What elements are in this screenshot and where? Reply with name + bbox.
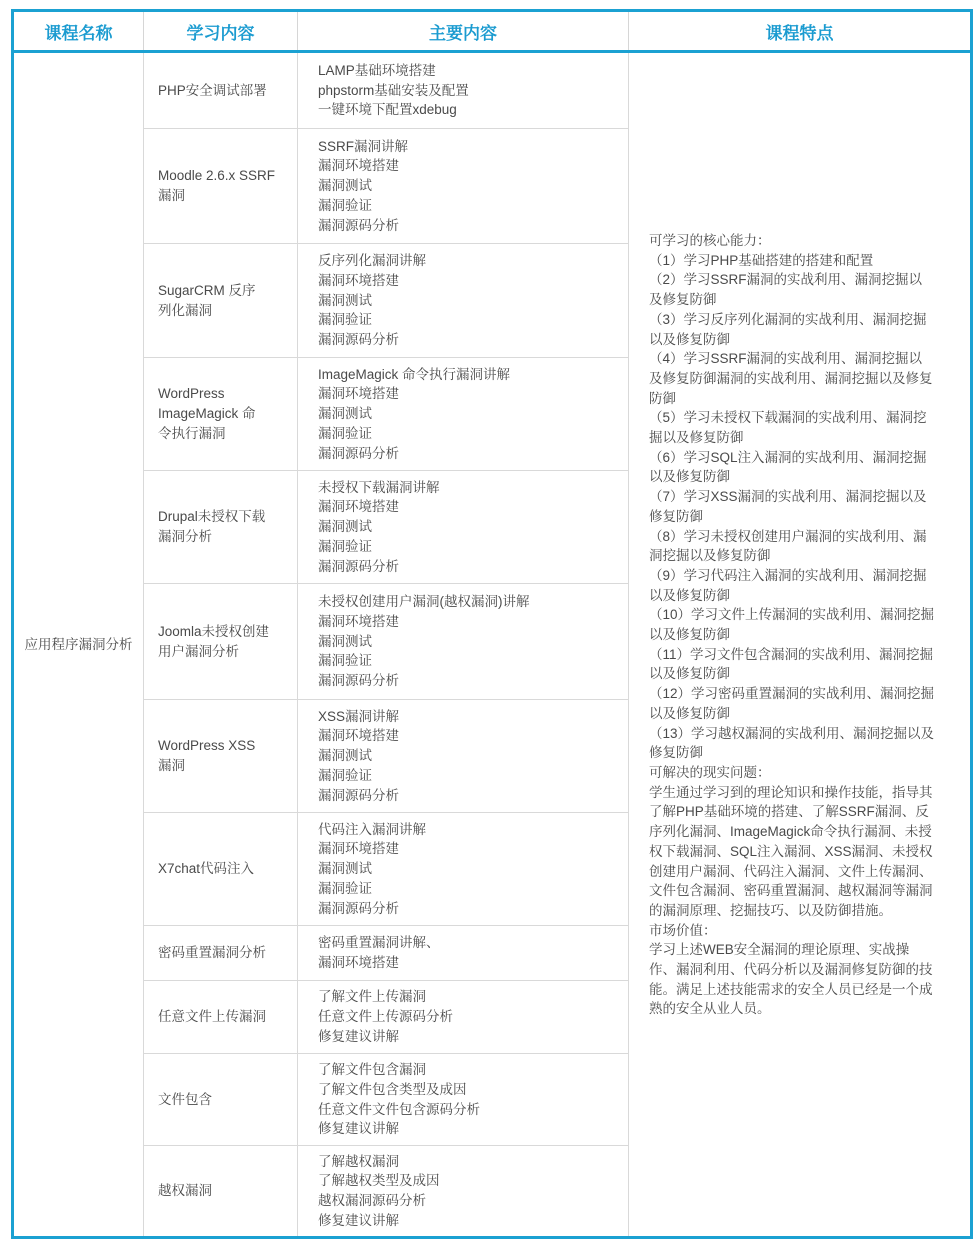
learning-topic-line: 令执行漏洞 [158,424,291,444]
learning-topic-line: Drupal未授权下载 [158,507,291,527]
feature-paragraph: 学生通过学习到的理论知识和操作技能，指导其了解PHP基础环境的搭建、了解SSRF… [649,783,934,921]
learning-topic-line: 漏洞 [158,186,291,206]
learning-topic-line: Joomla未授权创建 [158,622,291,642]
main-content-item: 了解文件上传漏洞 [318,987,622,1007]
learning-topic-cell: WordPressImageMagick 命令执行漏洞 [144,358,298,471]
main-content-item: 未授权下载漏洞讲解 [318,478,622,498]
main-content-cell: 代码注入漏洞讲解漏洞环境搭建漏洞测试漏洞验证漏洞源码分析 [298,813,629,926]
learning-topic-line: Moodle 2.6.x SSRF [158,166,291,186]
main-content-cell: 密码重置漏洞讲解、漏洞环境搭建 [298,926,629,981]
feature-paragraph: （8）学习未授权创建用户漏洞的实战利用、漏洞挖掘以及修复防御 [649,527,934,566]
main-content-item: 漏洞源码分析 [318,899,622,919]
table-row: 应用程序漏洞分析PHP安全调试部署LAMP基础环境搭建phpstorm基础安装及… [13,52,972,129]
learning-topic-line: 任意文件上传漏洞 [158,1007,291,1027]
learning-topic-line: 用户漏洞分析 [158,642,291,662]
course-name-cell: 应用程序漏洞分析 [13,52,144,1238]
main-content-cell: 了解文件上传漏洞任意文件上传源码分析修复建议讲解 [298,981,629,1054]
main-content-item: 漏洞测试 [318,176,622,196]
main-content-item: phpstorm基础安装及配置 [318,81,622,101]
main-content-item: 反序列化漏洞讲解 [318,251,622,271]
main-content-cell: 未授权下载漏洞讲解漏洞环境搭建漏洞测试漏洞验证漏洞源码分析 [298,471,629,584]
main-content-item: 漏洞验证 [318,766,622,786]
learning-topic-cell: Drupal未授权下载漏洞分析 [144,471,298,584]
main-content-item: 漏洞源码分析 [318,671,622,691]
main-content-item: SSRF漏洞讲解 [318,137,622,157]
main-content-item: 未授权创建用户漏洞(越权漏洞)讲解 [318,592,622,612]
learning-topic-cell: PHP安全调试部署 [144,52,298,129]
main-content-item: 了解文件包含漏洞 [318,1060,622,1080]
header-row: 课程名称 学习内容 主要内容 课程特点 [13,11,972,52]
main-content-item: ImageMagick 命令执行漏洞讲解 [318,365,622,385]
learning-topic-cell: Joomla未授权创建用户漏洞分析 [144,584,298,700]
course-table-container: 课程名称 学习内容 主要内容 课程特点 应用程序漏洞分析PHP安全调试部署LAM… [11,9,970,1239]
main-content-item: 漏洞源码分析 [318,786,622,806]
course-table: 课程名称 学习内容 主要内容 课程特点 应用程序漏洞分析PHP安全调试部署LAM… [11,9,973,1239]
main-content-item: 漏洞环境搭建 [318,726,622,746]
main-content-item: XSS漏洞讲解 [318,707,622,727]
main-content-item: 越权漏洞源码分析 [318,1191,622,1211]
feature-paragraph: （2）学习SSRF漏洞的实战利用、漏洞挖掘以及修复防御 [649,270,934,309]
header-course-features: 课程特点 [629,11,972,52]
learning-topic-line: WordPress [158,384,291,404]
learning-topic-cell: 越权漏洞 [144,1146,298,1238]
main-content-cell: LAMP基础环境搭建phpstorm基础安装及配置一键环境下配置xdebug [298,52,629,129]
main-content-cell: 反序列化漏洞讲解漏洞环境搭建漏洞测试漏洞验证漏洞源码分析 [298,244,629,358]
main-content-item: 漏洞验证 [318,196,622,216]
course-features-cell: 可学习的核心能力：（1）学习PHP基础搭建的搭建和配置（2）学习SSRF漏洞的实… [629,52,972,1238]
main-content-item: 了解越权漏洞 [318,1152,622,1172]
learning-topic-line: ImageMagick 命 [158,404,291,424]
feature-paragraph: （11）学习文件包含漏洞的实战利用、漏洞挖掘以及修复防御 [649,645,934,684]
header-course-name: 课程名称 [13,11,144,52]
main-content-cell: SSRF漏洞讲解漏洞环境搭建漏洞测试漏洞验证漏洞源码分析 [298,129,629,244]
main-content-cell: 了解文件包含漏洞了解文件包含类型及成因任意文件文件包含源码分析修复建议讲解 [298,1054,629,1146]
main-content-item: 漏洞测试 [318,632,622,652]
main-content-item: 漏洞测试 [318,746,622,766]
main-content-item: 漏洞源码分析 [318,330,622,350]
feature-paragraph: （5）学习未授权下载漏洞的实战利用、漏洞挖掘以及修复防御 [649,408,934,447]
learning-topic-line: WordPress XSS [158,736,291,756]
main-content-item: 漏洞验证 [318,424,622,444]
main-content-item: 漏洞测试 [318,517,622,537]
main-content-item: LAMP基础环境搭建 [318,61,622,81]
learning-topic-cell: SugarCRM 反序列化漏洞 [144,244,298,358]
main-content-item: 漏洞环境搭建 [318,612,622,632]
main-content-item: 了解文件包含类型及成因 [318,1080,622,1100]
header-learning-content: 学习内容 [144,11,298,52]
feature-paragraph: （6）学习SQL注入漏洞的实战利用、漏洞挖掘以及修复防御 [649,448,934,487]
main-content-item: 漏洞源码分析 [318,444,622,464]
main-content-item: 漏洞验证 [318,537,622,557]
main-content-item: 任意文件文件包含源码分析 [318,1100,622,1120]
main-content-item: 漏洞环境搭建 [318,156,622,176]
main-content-item: 修复建议讲解 [318,1119,622,1139]
learning-topic-cell: Moodle 2.6.x SSRF漏洞 [144,129,298,244]
course-name: 应用程序漏洞分析 [25,637,133,652]
learning-topic-line: X7chat代码注入 [158,859,291,879]
feature-paragraph: （9）学习代码注入漏洞的实战利用、漏洞挖掘以及修复防御 [649,566,934,605]
main-content-item: 任意文件上传源码分析 [318,1007,622,1027]
feature-paragraph: （13）学习越权漏洞的实战利用、漏洞挖掘以及修复防御 [649,724,934,763]
table-body: 应用程序漏洞分析PHP安全调试部署LAMP基础环境搭建phpstorm基础安装及… [13,52,972,1238]
main-content-item: 修复建议讲解 [318,1211,622,1231]
learning-topic-cell: 任意文件上传漏洞 [144,981,298,1054]
feature-paragraph: 可学习的核心能力： [649,231,934,251]
main-content-item: 密码重置漏洞讲解、 [318,933,622,953]
main-content-item: 漏洞验证 [318,879,622,899]
feature-paragraph: （12）学习密码重置漏洞的实战利用、漏洞挖掘以及修复防御 [649,684,934,723]
main-content-item: 漏洞源码分析 [318,216,622,236]
learning-topic-cell: WordPress XSS漏洞 [144,700,298,813]
learning-topic-line: 漏洞分析 [158,527,291,547]
feature-paragraph: （4）学习SSRF漏洞的实战利用、漏洞挖掘以及修复防御漏洞的实战利用、漏洞挖掘以… [649,349,934,408]
header-main-content: 主要内容 [298,11,629,52]
main-content-cell: XSS漏洞讲解漏洞环境搭建漏洞测试漏洞验证漏洞源码分析 [298,700,629,813]
main-content-item: 修复建议讲解 [318,1027,622,1047]
feature-paragraph: （7）学习XSS漏洞的实战利用、漏洞挖掘以及修复防御 [649,487,934,526]
learning-topic-line: 文件包含 [158,1090,291,1110]
learning-topic-line: 列化漏洞 [158,301,291,321]
main-content-item: 漏洞环境搭建 [318,271,622,291]
learning-topic-line: PHP安全调试部署 [158,81,291,101]
learning-topic-cell: 密码重置漏洞分析 [144,926,298,981]
main-content-item: 漏洞环境搭建 [318,497,622,517]
feature-paragraph: （1）学习PHP基础搭建的搭建和配置 [649,251,934,271]
feature-paragraph: 市场价值： [649,921,934,941]
learning-topic-cell: X7chat代码注入 [144,813,298,926]
main-content-item: 漏洞环境搭建 [318,839,622,859]
feature-paragraph: （3）学习反序列化漏洞的实战利用、漏洞挖掘以及修复防御 [649,310,934,349]
feature-paragraph: （10）学习文件上传漏洞的实战利用、漏洞挖掘以及修复防御 [649,605,934,644]
main-content-item: 漏洞测试 [318,859,622,879]
learning-topic-cell: 文件包含 [144,1054,298,1146]
main-content-item: 了解越权类型及成因 [318,1171,622,1191]
main-content-item: 漏洞源码分析 [318,557,622,577]
learning-topic-line: 漏洞 [158,756,291,776]
main-content-item: 漏洞测试 [318,291,622,311]
main-content-cell: 未授权创建用户漏洞(越权漏洞)讲解漏洞环境搭建漏洞测试漏洞验证漏洞源码分析 [298,584,629,700]
main-content-cell: ImageMagick 命令执行漏洞讲解漏洞环境搭建漏洞测试漏洞验证漏洞源码分析 [298,358,629,471]
learning-topic-line: 越权漏洞 [158,1181,291,1201]
feature-paragraph: 可解决的现实问题： [649,763,934,783]
main-content-cell: 了解越权漏洞了解越权类型及成因越权漏洞源码分析修复建议讲解 [298,1146,629,1238]
main-content-item: 漏洞环境搭建 [318,384,622,404]
learning-topic-line: SugarCRM 反序 [158,281,291,301]
learning-topic-line: 密码重置漏洞分析 [158,943,291,963]
main-content-item: 漏洞验证 [318,310,622,330]
main-content-item: 漏洞环境搭建 [318,953,622,973]
feature-paragraph: 学习上述WEB安全漏洞的理论原理、实战操作、漏洞利用、代码分析以及漏洞修复防御的… [649,940,934,1019]
main-content-item: 漏洞测试 [318,404,622,424]
main-content-item: 漏洞验证 [318,651,622,671]
main-content-item: 一键环境下配置xdebug [318,100,622,120]
main-content-item: 代码注入漏洞讲解 [318,820,622,840]
